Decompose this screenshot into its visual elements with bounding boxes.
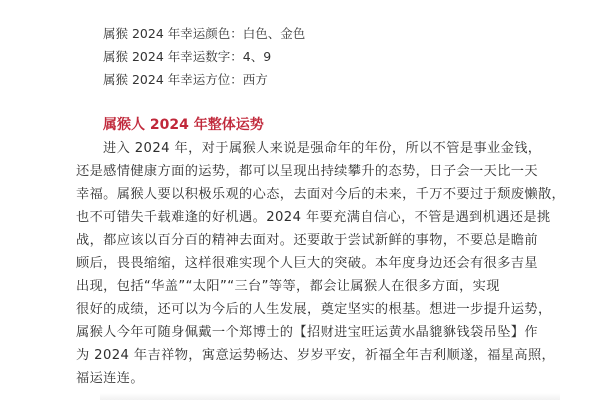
paragraph-line: 福运连连。 [76,367,552,390]
lucky-number-line: 属猴 2024 年幸运数字：4、9 [103,45,305,68]
section-heading: 属猴人 2024 年整体运势 [103,114,264,136]
paragraph-line: 很好的成绩，还可以为今后的人生发展，奠定坚实的根基。想进一步提升运势， [76,298,552,321]
paragraph-line: 还是感情健康方面的运势，都可以呈现出持续攀升的态势，日子会一天比一天 [76,160,552,183]
lucky-direction-line: 属猴 2024 年幸运方位：西方 [103,68,305,91]
paragraph-line: 出现，包括“华盖”“太阳”“三台”等等，都会让属猴人在很多方面，实现 [76,275,552,298]
cut-off-next-line [100,393,560,400]
lucky-color-line: 属猴 2024 年幸运颜色：白色、金色 [103,22,305,45]
paragraph-line: 为 2024 年吉祥物，寓意运势畅达、岁岁平安，祈福全年吉利顺遂，福星高照， [76,344,552,367]
fortune-paragraph: 进入 2024 年，对于属猴人来说是强命年的年份，所以不管是事业金钱， 还是感情… [76,137,552,390]
paragraph-line: 顾后，畏畏缩缩，这样很难实现个人巨大的突破。本年度身边还会有很多吉星 [76,252,552,275]
paragraph-line: 属猴人今年可随身佩戴一个郑博士的【招财进宝旺运黄水晶貔貅钱袋吊坠】作 [76,321,552,344]
paragraph-line: 也不可错失千载难逢的好机遇。2024 年要充满自信心，不管是遇到机遇还是挑 [76,206,552,229]
lucky-info-list: 属猴 2024 年幸运颜色：白色、金色 属猴 2024 年幸运数字：4、9 属猴… [103,22,305,91]
paragraph-line: 战，都应该以百分百的精神去面对。还要敢于尝试新鲜的事物，不要总是瞻前 [76,229,552,252]
paragraph-line: 幸福。属猴人要以积极乐观的心态，去面对今后的未来，千万不要过于颓废懒散， [76,183,552,206]
paragraph-line: 进入 2024 年，对于属猴人来说是强命年的年份，所以不管是事业金钱， [76,137,552,160]
